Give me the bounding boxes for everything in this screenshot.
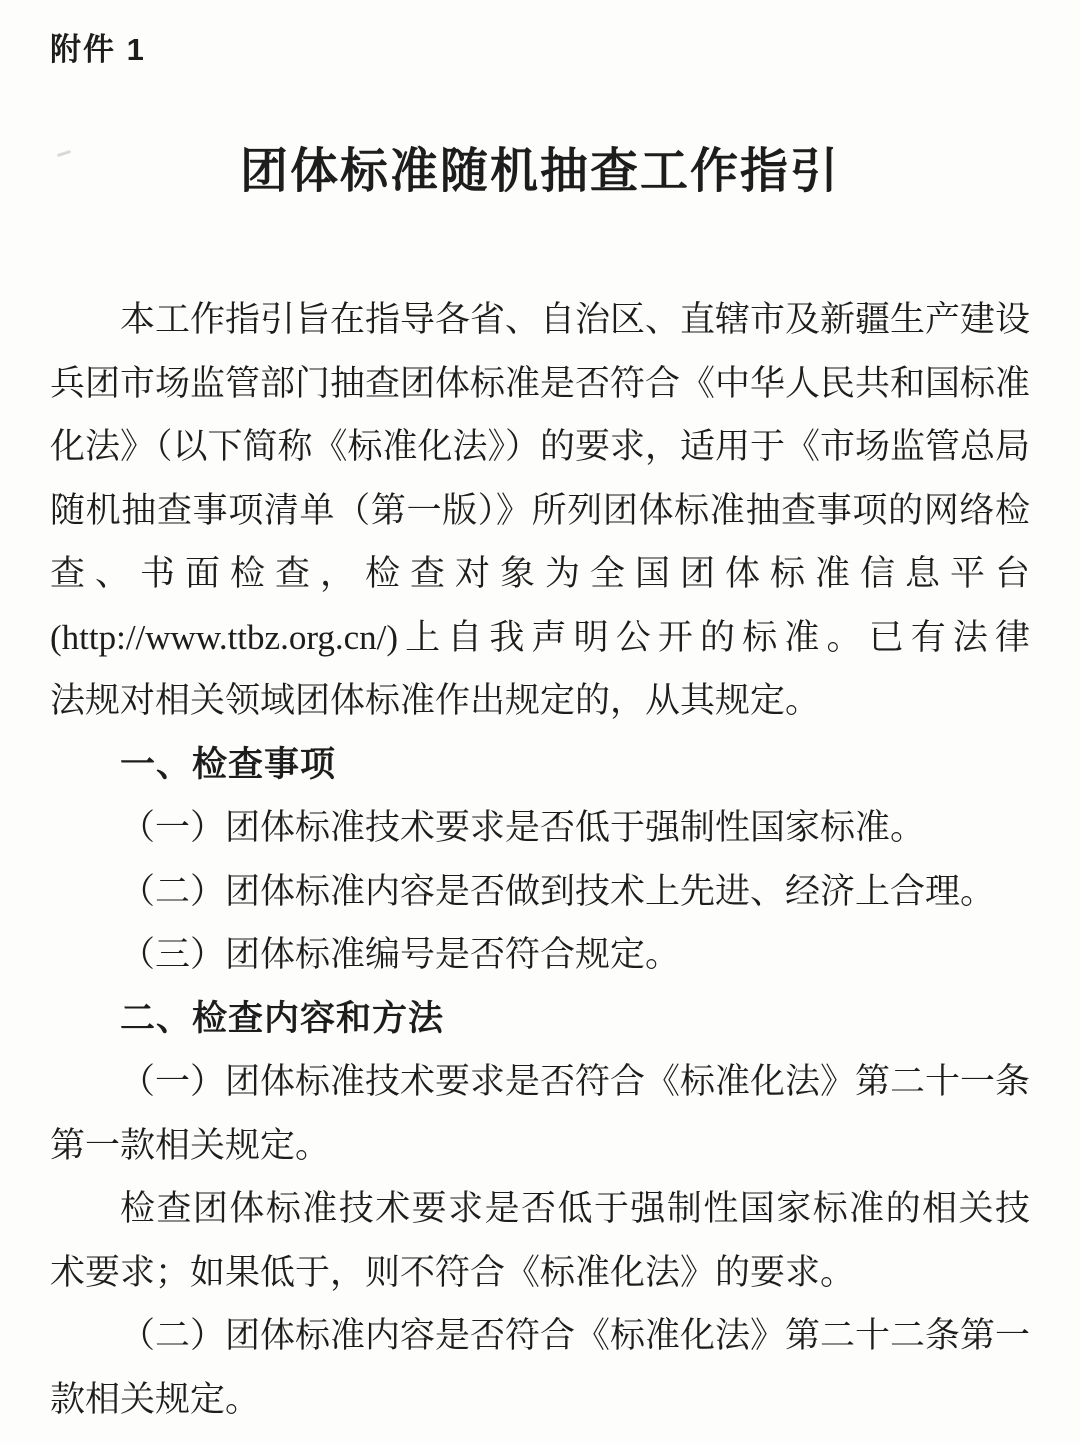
- body-line: 化法》（以下简称《标准化法》）的要求，适用于《市场监管总局: [50, 415, 1030, 479]
- body-line: （三）团体标准编号是否符合规定。: [50, 923, 1030, 987]
- attachment-label: 附件 1: [50, 0, 1030, 70]
- body-line: 本工作指引旨在指导各省、自治区、直辖市及新疆生产建设: [50, 288, 1030, 352]
- body-line: （一）团体标准技术要求是否符合《标准化法》第二十一条: [50, 1050, 1030, 1114]
- body-line: 款相关规定。: [50, 1368, 1030, 1432]
- section-heading-2: 二、检查内容和方法: [50, 987, 1030, 1051]
- document-title: 团体标准随机抽查工作指引: [50, 142, 1030, 202]
- body-line: 查、书面检查，检查对象为全国团体标准信息平台: [50, 542, 1030, 606]
- body-line: 兵团市场监管部门抽查团体标准是否符合《中华人民共和国标准: [50, 352, 1030, 416]
- body-line: 随机抽查事项清单（第一版）》所列团体标准抽查事项的网络检: [50, 479, 1030, 543]
- body-line: 法规对相关领域团体标准作出规定的，从其规定。: [50, 669, 1030, 733]
- body-line: 第一款相关规定。: [50, 1114, 1030, 1178]
- body-line: 术要求；如果低于，则不符合《标准化法》的要求。: [50, 1241, 1030, 1305]
- scanned-document-page: 附件 1 团体标准随机抽查工作指引 本工作指引旨在指导各省、自治区、直辖市及新疆…: [0, 0, 1080, 1445]
- document-body: 本工作指引旨在指导各省、自治区、直辖市及新疆生产建设 兵团市场监管部门抽查团体标…: [50, 288, 1030, 1431]
- body-line: 检查团体标准技术要求是否低于强制性国家标准的相关技: [50, 1177, 1030, 1241]
- body-line: （一）团体标准技术要求是否低于强制性国家标准。: [50, 796, 1030, 860]
- body-line: （二）团体标准内容是否做到技术上先进、经济上合理。: [50, 860, 1030, 924]
- body-line: （二）团体标准内容是否符合《标准化法》第二十二条第一: [50, 1304, 1030, 1368]
- body-line-url: (http://www.ttbz.org.cn/)上自我声明公开的标准。已有法律: [50, 606, 1030, 670]
- section-heading-1: 一、检查事项: [50, 733, 1030, 797]
